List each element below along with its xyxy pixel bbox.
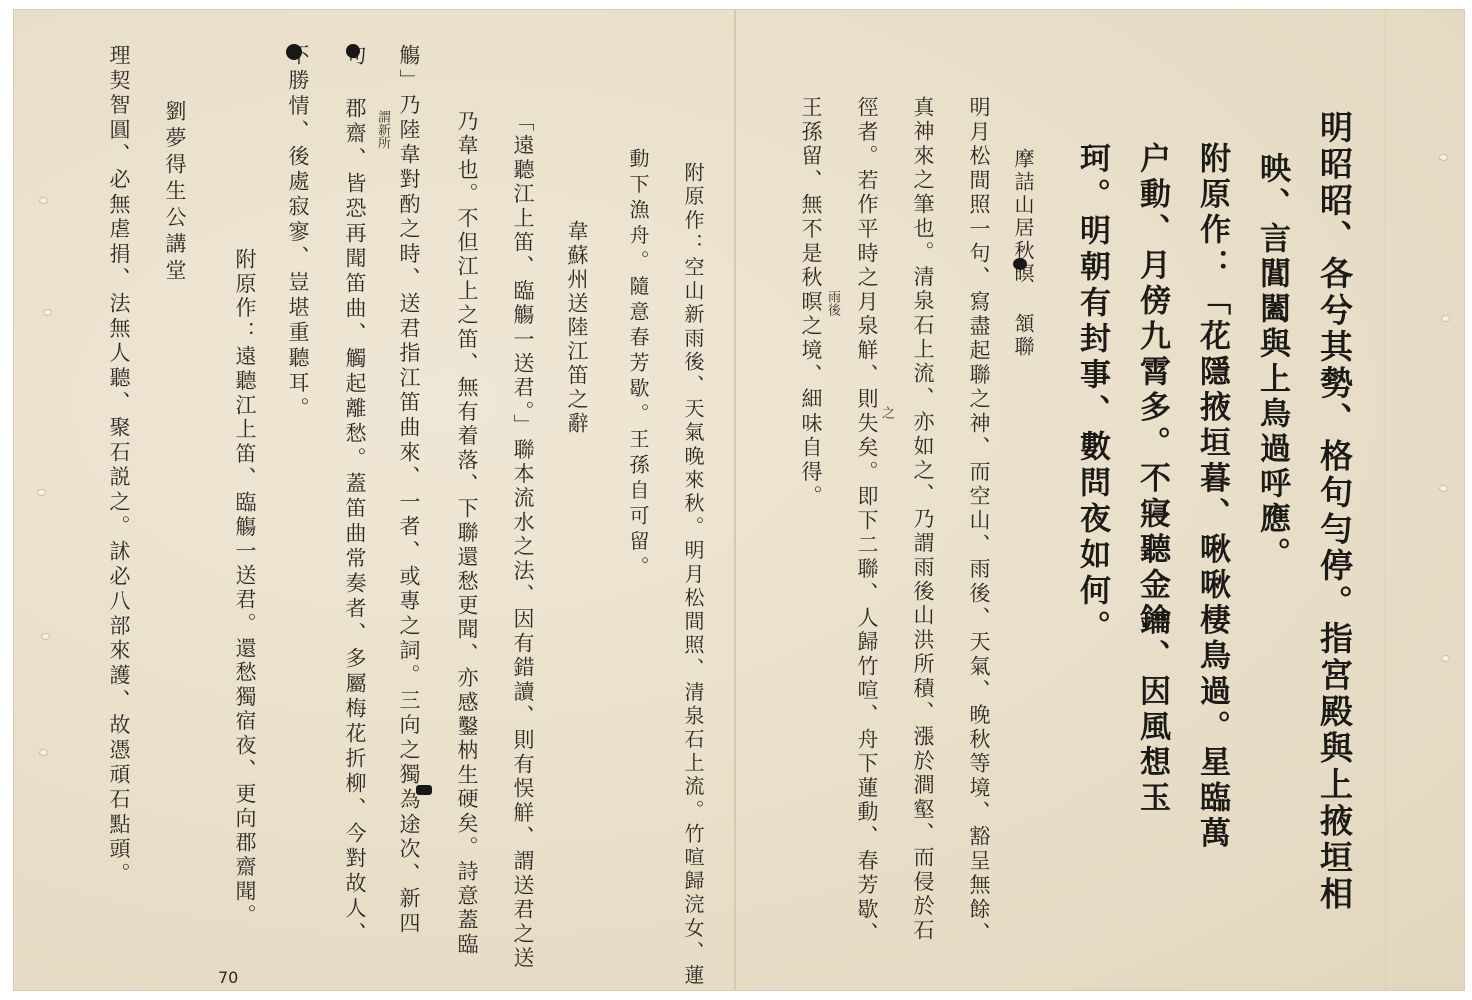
poem-line: 户動、月傍九霄多。不寢聽金鑰、因風想玉 <box>1136 142 1167 817</box>
commentary-line: 真神來之筆也。清泉石上流、亦如之、乃謂雨後山洪所積、漲於澗壑、而侵於石 <box>912 96 933 943</box>
section-line: 「遠聽江上笛、臨觴一送君。」聯本流水之法、因有錯讀、則有悮觧、謂送君之送 <box>512 110 533 971</box>
section-line: 觴」乃陸韋對酌之時、送君指江笛曲來、一者、或專之詞。三向之獨為途次、新四 <box>398 44 419 937</box>
original-poem-line: 附原作：空山新雨後、天氣晚來秋。明月松間照、清泉石上流。竹喧歸浣女、蓮 <box>683 162 703 988</box>
page-gutter <box>734 10 736 990</box>
margin-line <box>1385 10 1386 990</box>
commentary-line: 明月松間照一句、寫盡起聯之神、而空山、雨後、天氣、晚秋等境、豁呈無餘、 <box>968 96 989 947</box>
section-title: 韋蘇州送陸江笛之辭 <box>566 220 587 436</box>
document-spread <box>14 10 1464 990</box>
section-line: 理契智圓、必無虐捐、法無人聽、聚石説之。訹必八部來護、故憑頑石點頭。 <box>108 44 129 887</box>
binding-hole <box>1442 316 1449 321</box>
original-poem-line: 動下漁舟。隨意春芳歇。王孫自可留。 <box>628 148 648 582</box>
section-line: 附原作：遠聽江上笛、臨觴一送君。還愁獨宿夜、更向郡齋聞。 <box>234 248 255 928</box>
section-line: 句 郡齋、皆恐再聞笛曲、觸起離愁。蓋笛曲常奏者、多屬梅花折柳、今對故人、 <box>344 44 365 947</box>
binding-hole <box>38 490 45 495</box>
binding-hole <box>40 750 47 755</box>
commentary-title: 摩詰山居秋暝 頷聯 <box>1013 148 1033 359</box>
poem-line: 明昭昭、各兮其勢、格句勻停。指宮殿與上掖垣相 <box>1318 110 1351 913</box>
ink-blot <box>286 44 302 60</box>
binding-hole <box>40 198 47 203</box>
margin-annotation: 謂新所 <box>376 110 389 149</box>
binding-hole <box>44 310 51 315</box>
ink-blot <box>346 44 360 58</box>
binding-hole <box>1442 656 1449 661</box>
binding-hole <box>1440 486 1447 491</box>
commentary-line: 徑者。若作平時之月泉觧、則失矣。即下二聯、人歸竹喧、舟下蓮動、春芳歇、 <box>856 96 877 947</box>
ink-blot <box>416 785 432 795</box>
commentary-line: 王孫留、無不是秋暝之境、細味自得。 <box>800 96 821 509</box>
section-line: 乃韋也。不但江上之笛、無有着落、下聯還愁更聞、亦感鑿枘生硬矣。詩意蓋臨 <box>456 110 477 957</box>
poem-line: 珂。明朝有封事、數問夜如何。 <box>1076 142 1107 646</box>
binding-hole <box>42 634 49 639</box>
margin-annotation: 之 <box>880 406 893 419</box>
poem-line: 附原作：「花隱掖垣暮、啾啾棲鳥過。星臨萬 <box>1196 142 1227 852</box>
margin-annotation: 雨後 <box>826 290 839 316</box>
section-title: 劉夢得生公講堂 <box>164 100 185 286</box>
binding-hole <box>1440 155 1447 160</box>
section-line: 不勝情、後處寂寥、豈堪重聽耳。 <box>287 44 308 422</box>
ink-blot <box>1013 258 1027 270</box>
poem-line: 映、言閶闔與上鳥過呼應。 <box>1256 152 1287 572</box>
page-number: 70 <box>218 968 238 987</box>
